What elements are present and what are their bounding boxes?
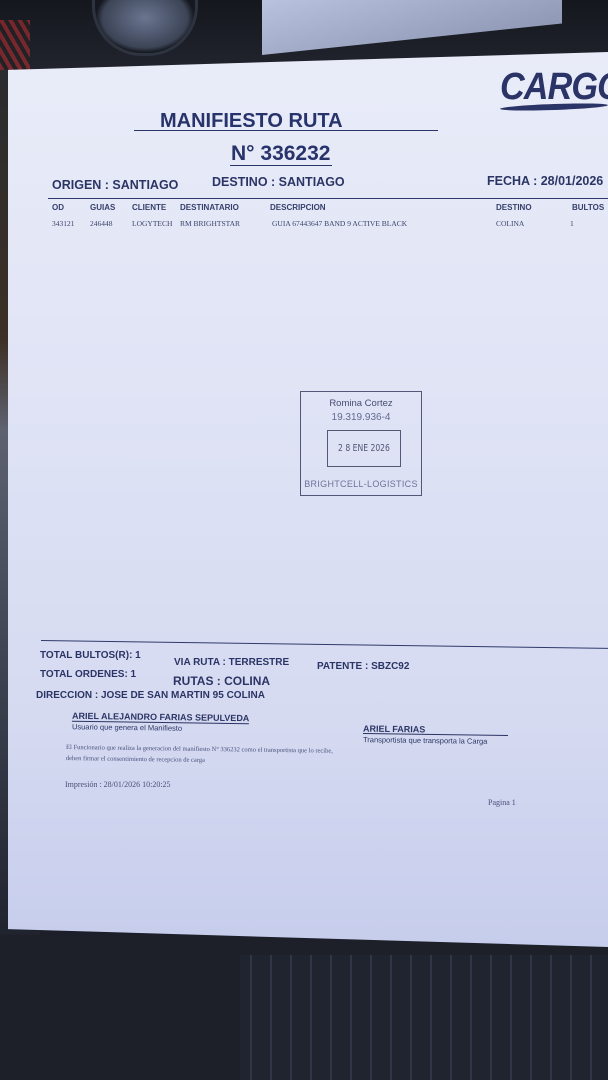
cell-descripcion: GUIA 67443647 BAND 9 ACTIVE BLACK xyxy=(272,219,407,228)
total-ordenes: TOTAL ORDENES: 1 xyxy=(40,669,136,680)
stamp-date: 2 8 ENE 2026 xyxy=(333,443,394,454)
direccion: DIRECCION : JOSE DE SAN MARTIN 95 COLINA xyxy=(36,690,265,701)
cell-bultos: 1 xyxy=(570,219,574,228)
col-guias: GUIAS xyxy=(90,203,115,212)
page-number: Pagina 1 xyxy=(488,798,516,807)
background-seat-fabric xyxy=(240,955,608,1080)
patente: PATENTE : SBZC92 xyxy=(317,661,409,672)
col-destinatario: DESTINATARIO xyxy=(180,203,239,212)
cell-cliente: LOGYTECH xyxy=(132,219,172,228)
cell-destino: COLINA xyxy=(496,219,524,228)
table-header-divider xyxy=(48,198,608,199)
col-od: OD xyxy=(52,203,64,212)
col-cliente: CLIENTE xyxy=(132,203,166,212)
col-destino: DESTINO xyxy=(496,203,532,212)
signer-carrier-role: Transportista que transporta la Carga xyxy=(363,735,487,746)
cell-guias: 246448 xyxy=(90,219,113,228)
stamp-company: BRIGHTCELL-LOGISTICS xyxy=(301,479,421,489)
footer-divider xyxy=(41,640,608,649)
stamp-receiver-name: Romina Cortez xyxy=(301,398,421,409)
manifest-document: CARGO MANIFIESTO RUTA N° 336232 ORIGEN :… xyxy=(8,52,608,947)
stamp-receiver-rut: 19.319.936-4 xyxy=(301,412,421,423)
number-underline xyxy=(230,165,332,166)
cell-od: 343121 xyxy=(52,219,75,228)
total-bultos: TOTAL BULTOS(R): 1 xyxy=(40,650,141,661)
via-ruta: VIA RUTA : TERRESTRE xyxy=(174,657,289,668)
manifest-number: N° 336232 xyxy=(231,142,330,166)
title-underline xyxy=(134,130,438,131)
rutas: RUTAS : COLINA xyxy=(173,674,270,688)
cell-destinatario: RM BRIGHTSTAR xyxy=(180,219,240,228)
print-timestamp: Impresión : 28/01/2026 10:20:25 xyxy=(65,780,171,789)
legal-notice: El Funcionario que realiza la generacion… xyxy=(66,742,333,768)
stamp-date-box: 2 8 ENE 2026 xyxy=(327,430,401,467)
background-seat-stitching xyxy=(0,20,30,70)
signer-generator-role: Usuario que genera el Manifiesto xyxy=(72,722,182,733)
destination-field: DESTINO : SANTIAGO xyxy=(212,175,345,189)
origin-field: ORIGEN : SANTIAGO xyxy=(52,178,178,192)
background-seat-bottom xyxy=(0,935,608,1080)
date-field: FECHA : 28/01/2026 xyxy=(487,174,603,188)
reception-stamp: Romina Cortez 19.319.936-4 2 8 ENE 2026 … xyxy=(300,391,422,496)
col-descripcion: DESCRIPCION xyxy=(270,203,326,212)
col-bultos: BULTOS xyxy=(572,203,604,212)
